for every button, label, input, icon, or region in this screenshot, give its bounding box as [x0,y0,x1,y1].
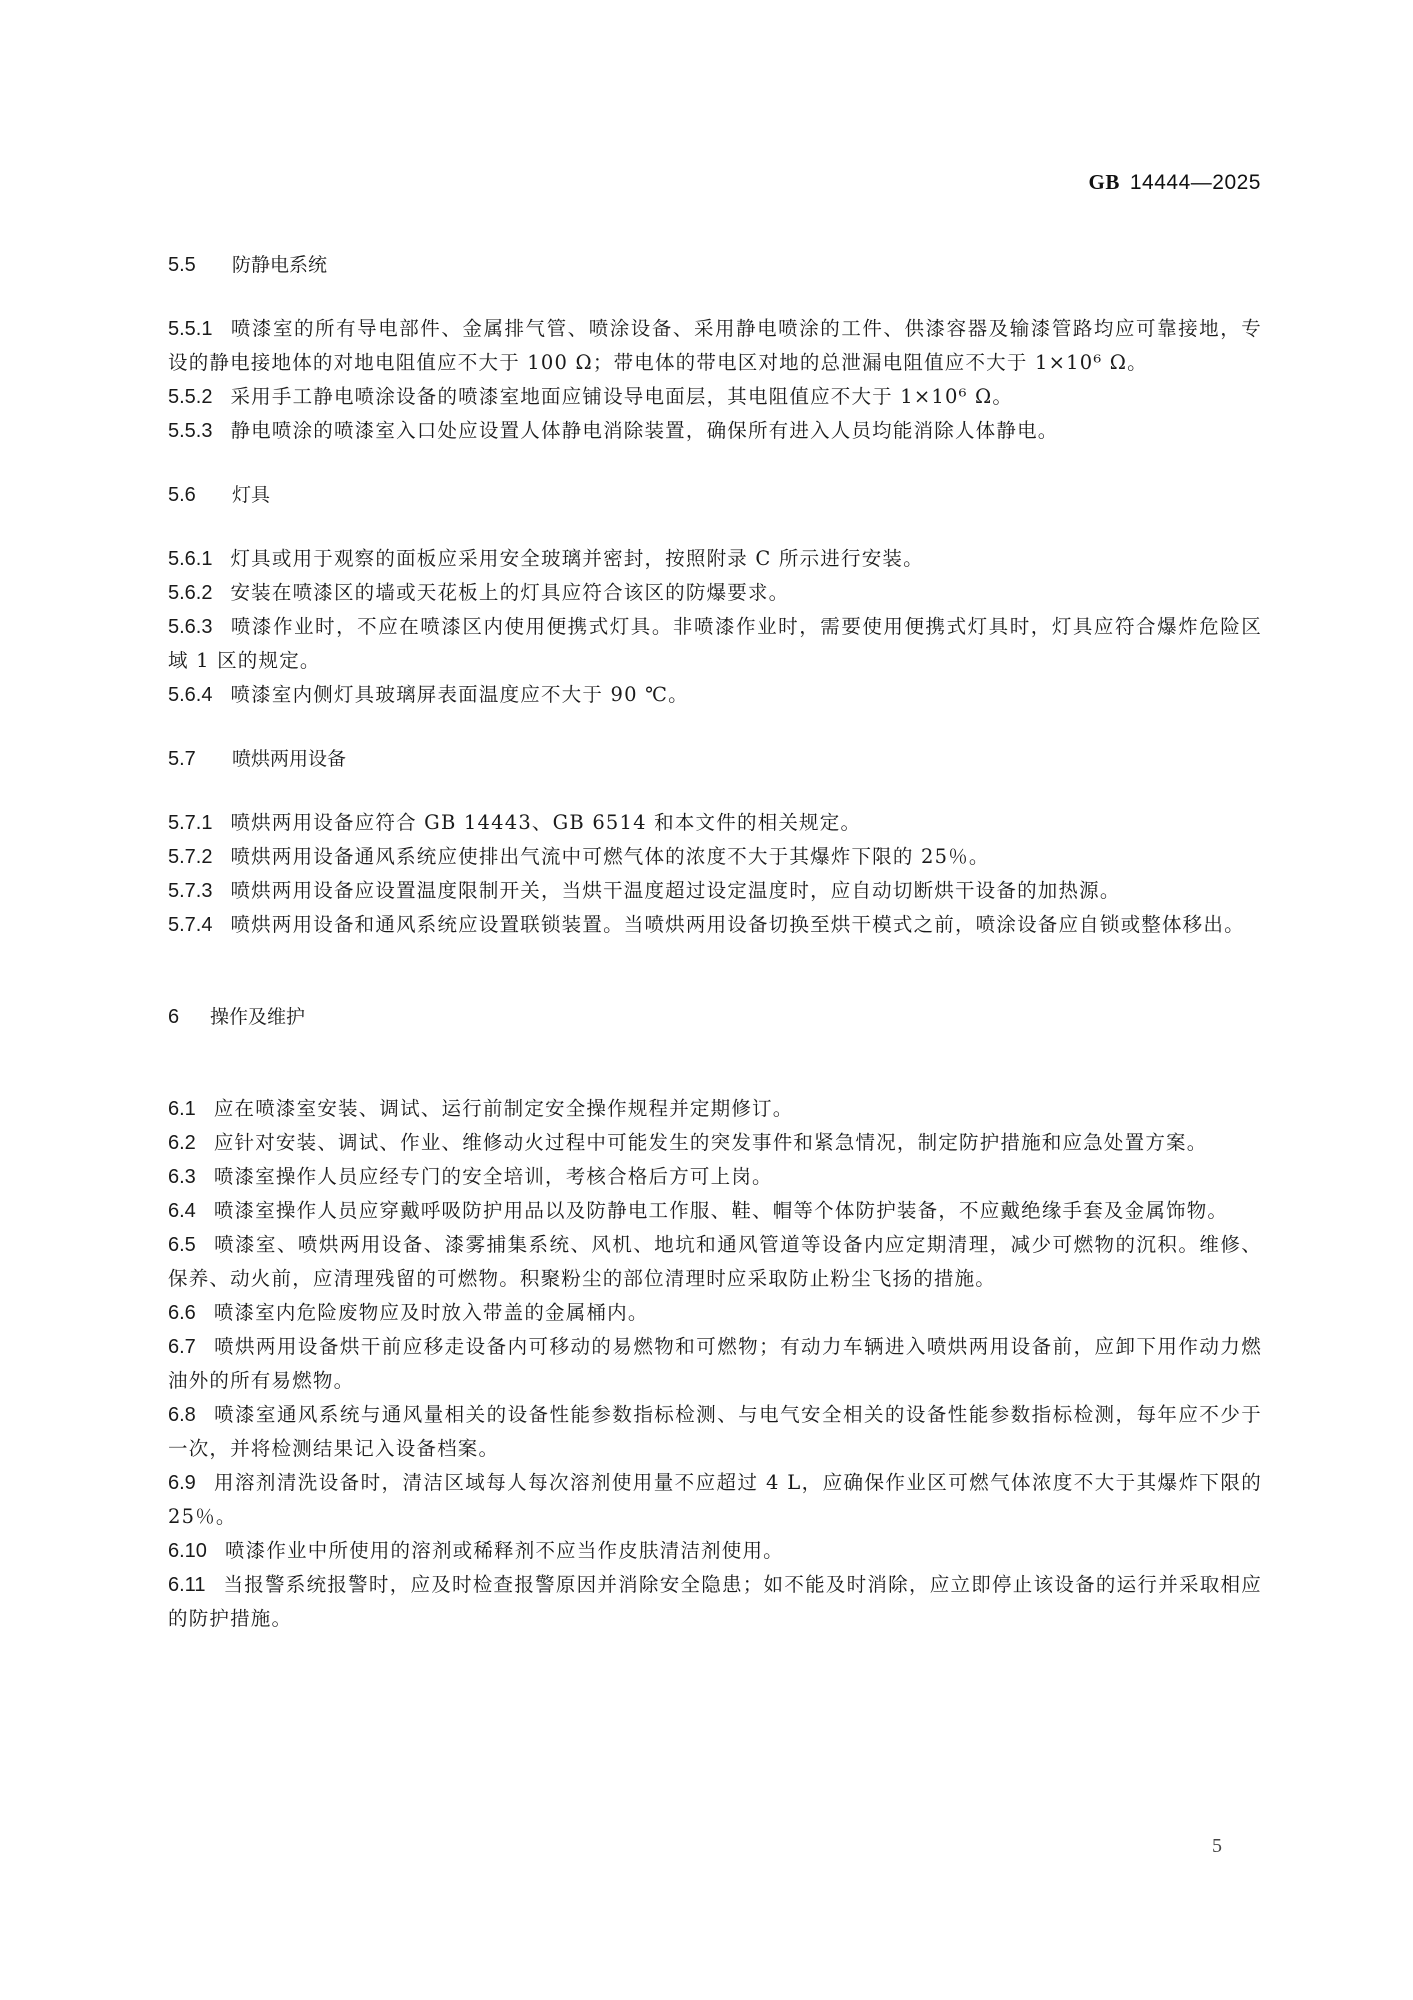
clause-text: 喷漆室、喷烘两用设备、漆雾捕集系统、风机、地坑和通风管道等设备内应定期清理，减少… [168,1233,1262,1290]
clause-number: 6.8 [168,1404,196,1426]
clause-number: 5.7.1 [168,812,212,834]
clause-text: 喷烘两用设备和通风系统应设置联锁装置。当喷烘两用设备切换至烘干模式之前，喷涂设备… [230,913,1244,936]
clause-number: 5.5.1 [168,318,212,340]
clause-text: 喷漆室内侧灯具玻璃屏表面温度应不大于 90 ℃。 [230,683,688,706]
clause-6-6: 6.6喷漆室内危险废物应及时放入带盖的金属桶内。 [168,1296,1262,1330]
clause-number: 6.9 [168,1472,196,1494]
clause-6-1: 6.1应在喷漆室安装、调试、运行前制定安全操作规程并定期修订。 [168,1092,1262,1126]
chapter-number: 6 [168,1000,210,1034]
standard-prefix: GB [1089,170,1120,194]
clause-number: 5.7.4 [168,914,212,936]
section-heading-5-7: 5.7喷烘两用设备 [168,742,1262,776]
clause-text: 喷漆作业时，不应在喷漆区内使用便携式灯具。非喷漆作业时，需要使用便携式灯具时，灯… [168,615,1262,672]
clause-text: 喷漆作业中所使用的溶剂或稀释剂不应当作皮肤清洁剂使用。 [225,1539,784,1562]
clause-number: 5.5.2 [168,386,212,408]
clause-number: 6.2 [168,1132,196,1154]
clause-number: 5.7.2 [168,846,212,868]
clause-text: 应在喷漆室安装、调试、运行前制定安全操作规程并定期修订。 [214,1097,794,1120]
clause-number: 5.7.3 [168,880,212,902]
clause-number: 5.5.3 [168,420,212,442]
clause-6-2: 6.2应针对安装、调试、作业、维修动火过程中可能发生的突发事件和紧急情况，制定防… [168,1126,1262,1160]
clause-number: 6.11 [168,1574,205,1596]
clause-5-5-1: 5.5.1喷漆室的所有导电部件、金属排气管、喷涂设备、采用静电喷涂的工件、供漆容… [168,312,1262,380]
clause-5-7-3: 5.7.3喷烘两用设备应设置温度限制开关，当烘干温度超过设定温度时，应自动切断烘… [168,874,1262,908]
clause-6-11: 6.11当报警系统报警时，应及时检查报警原因并消除安全隐患；如不能及时消除，应立… [168,1568,1262,1636]
clause-5-6-3: 5.6.3喷漆作业时，不应在喷漆区内使用便携式灯具。非喷漆作业时，需要使用便携式… [168,610,1262,678]
clause-text: 喷漆室内危险废物应及时放入带盖的金属桶内。 [214,1301,649,1324]
clause-number: 6.10 [168,1540,207,1562]
clause-5-6-1: 5.6.1灯具或用于观察的面板应采用安全玻璃并密封，按照附录 C 所示进行安装。 [168,542,1262,576]
clause-6-4: 6.4喷漆室操作人员应穿戴呼吸防护用品以及防静电工作服、鞋、帽等个体防护装备，不… [168,1194,1262,1228]
clause-number: 6.7 [168,1336,196,1358]
clause-6-7: 6.7喷烘两用设备烘干前应移走设备内可移动的易燃物和可燃物；有动力车辆进入喷烘两… [168,1330,1262,1398]
section-heading-5-5: 5.5防静电系统 [168,248,1262,282]
clause-text: 喷烘两用设备应设置温度限制开关，当烘干温度超过设定温度时，应自动切断烘干设备的加… [230,879,1120,902]
clause-5-7-2: 5.7.2喷烘两用设备通风系统应使排出气流中可燃气体的浓度不大于其爆炸下限的 2… [168,840,1262,874]
section-number: 5.5 [168,248,232,282]
clause-5-6-4: 5.6.4喷漆室内侧灯具玻璃屏表面温度应不大于 90 ℃。 [168,678,1262,712]
chapter-heading-6: 6操作及维护 [168,1000,1262,1034]
section-number: 5.7 [168,742,232,776]
clause-6-5: 6.5喷漆室、喷烘两用设备、漆雾捕集系统、风机、地坑和通风管道等设备内应定期清理… [168,1228,1262,1296]
clause-number: 6.3 [168,1166,196,1188]
section-title: 灯具 [232,484,270,506]
clause-5-6-2: 5.6.2安装在喷漆区的墙或天花板上的灯具应符合该区的防爆要求。 [168,576,1262,610]
clause-text: 喷漆室操作人员应穿戴呼吸防护用品以及防静电工作服、鞋、帽等个体防护装备，不应戴绝… [214,1199,1228,1222]
clause-number: 6.6 [168,1302,196,1324]
chapter-title: 操作及维护 [210,1006,305,1028]
page-number: 5 [1212,1835,1222,1858]
clause-text: 喷烘两用设备通风系统应使排出气流中可燃气体的浓度不大于其爆炸下限的 25％。 [230,845,989,868]
clause-number: 5.6.3 [168,616,212,638]
clause-text: 采用手工静电喷涂设备的喷漆室地面应铺设导电面层，其电阻值应不大于 1×10⁶ Ω… [230,385,1013,408]
section-title: 防静电系统 [232,254,327,276]
clause-number: 6.5 [168,1234,196,1256]
clause-number: 5.6.2 [168,582,212,604]
section-title: 喷烘两用设备 [232,748,346,770]
clause-text: 用溶剂清洗设备时，清洁区域每人每次溶剂使用量不应超过 4 L，应确保作业区可燃气… [168,1471,1262,1528]
clause-5-7-4: 5.7.4喷烘两用设备和通风系统应设置联锁装置。当喷烘两用设备切换至烘干模式之前… [168,908,1262,942]
clause-5-7-1: 5.7.1喷烘两用设备应符合 GB 14443、GB 6514 和本文件的相关规… [168,806,1262,840]
standard-number: 14444—2025 [1130,171,1261,194]
clause-text: 喷烘两用设备烘干前应移走设备内可移动的易燃物和可燃物；有动力车辆进入喷烘两用设备… [168,1335,1262,1392]
clause-text: 安装在喷漆区的墙或天花板上的灯具应符合该区的防爆要求。 [230,581,789,604]
clause-text: 喷漆室通风系统与通风量相关的设备性能参数指标检测、与电气安全相关的设备性能参数指… [168,1403,1262,1460]
clause-text: 喷漆室操作人员应经专门的安全培训，考核合格后方可上岗。 [214,1165,773,1188]
standard-code-header: GB14444—2025 [1089,170,1261,195]
clause-number: 5.6.1 [168,548,212,570]
clause-text: 静电喷涂的喷漆室入口处应设置人体静电消除装置，确保所有进入人员均能消除人体静电。 [230,419,1058,442]
document-body: 5.5防静电系统 5.5.1喷漆室的所有导电部件、金属排气管、喷涂设备、采用静电… [168,248,1262,1636]
clause-6-9: 6.9用溶剂清洗设备时，清洁区域每人每次溶剂使用量不应超过 4 L，应确保作业区… [168,1466,1262,1534]
clause-number: 5.6.4 [168,684,212,706]
clause-text: 喷烘两用设备应符合 GB 14443、GB 6514 和本文件的相关规定。 [230,811,861,834]
clause-number: 6.1 [168,1098,196,1120]
clause-6-8: 6.8喷漆室通风系统与通风量相关的设备性能参数指标检测、与电气安全相关的设备性能… [168,1398,1262,1466]
section-heading-5-6: 5.6灯具 [168,478,1262,512]
clause-6-10: 6.10喷漆作业中所使用的溶剂或稀释剂不应当作皮肤清洁剂使用。 [168,1534,1262,1568]
section-number: 5.6 [168,478,232,512]
clause-5-5-2: 5.5.2采用手工静电喷涂设备的喷漆室地面应铺设导电面层，其电阻值应不大于 1×… [168,380,1262,414]
clause-number: 6.4 [168,1200,196,1222]
clause-6-3: 6.3喷漆室操作人员应经专门的安全培训，考核合格后方可上岗。 [168,1160,1262,1194]
clause-text: 灯具或用于观察的面板应采用安全玻璃并密封，按照附录 C 所示进行安装。 [230,547,923,570]
clause-text: 当报警系统报警时，应及时检查报警原因并消除安全隐患；如不能及时消除，应立即停止该… [168,1573,1262,1630]
clause-5-5-3: 5.5.3静电喷涂的喷漆室入口处应设置人体静电消除装置，确保所有进入人员均能消除… [168,414,1262,448]
clause-text: 喷漆室的所有导电部件、金属排气管、喷涂设备、采用静电喷涂的工件、供漆容器及输漆管… [168,317,1262,374]
clause-text: 应针对安装、调试、作业、维修动火过程中可能发生的突发事件和紧急情况，制定防护措施… [214,1131,1208,1154]
